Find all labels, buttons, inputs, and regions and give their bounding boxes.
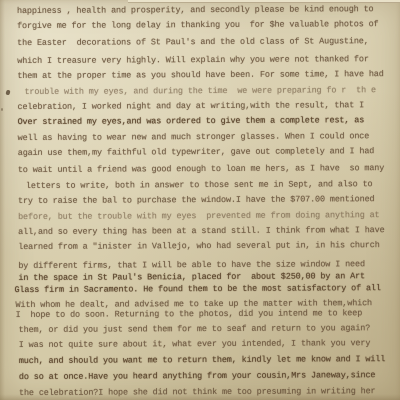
letter-line-2: forgive me for the long delay in thankin… xyxy=(17,19,378,31)
letter-line-19: Glass firm in Sacramento. He found them … xyxy=(14,283,380,295)
letter-page: happiness , health and prosperity, and s… xyxy=(0,0,400,400)
letter-line-22: them, or did you just send them for me t… xyxy=(19,323,371,335)
letter-line-1: happiness , health and prosperity, and s… xyxy=(17,4,374,16)
letter-line-23: I was not quite sure about it, what ever… xyxy=(19,338,371,350)
letter-line-8: Over strained my eyes,and was ordered to… xyxy=(18,115,365,127)
letter-line-12: letters to write, both in answer to thos… xyxy=(26,179,373,191)
letter-line-4: which I treasure very highly. Will expla… xyxy=(17,54,369,66)
letter-line-14: before, but the trouble with my eyes pre… xyxy=(18,210,379,222)
letter-line-21: I hope to do soon. Returning to the phot… xyxy=(16,308,363,320)
letter-line-13: try to raise the bal to purchase the win… xyxy=(18,194,375,206)
letter-line-26: the celebration?I hope she did not think… xyxy=(19,386,376,398)
letter-line-25: do so at once.Have you heard anything fr… xyxy=(19,370,376,382)
letter-line-16: learned from a "inister in Vallejo, who … xyxy=(18,240,379,252)
letter-line-24: much, and should you want me to return t… xyxy=(19,354,385,366)
letter-line-11: to wait until a friend was good enough t… xyxy=(18,163,384,175)
letter-line-5: them at the proper time as you should ha… xyxy=(17,69,383,81)
letter-line-15: all,and so every thing has been at a sta… xyxy=(18,225,384,237)
letter-body: happiness , health and prosperity, and s… xyxy=(0,0,400,400)
letter-line-6: trouble with my eyes, and during the tim… xyxy=(24,85,376,97)
letter-line-18: in the space in St Paul's Benicia, place… xyxy=(18,271,365,283)
letter-line-10: again use them,my faithful old typewrite… xyxy=(18,146,375,158)
letter-line-17: by different firms, that I will be able … xyxy=(18,259,365,271)
letter-line-9: well as having to wear new and much stro… xyxy=(18,131,370,143)
letter-line-3: the Easter decorations of St Paul's and … xyxy=(17,36,369,48)
letter-line-7: celebration, I worked night and day at w… xyxy=(17,100,364,112)
